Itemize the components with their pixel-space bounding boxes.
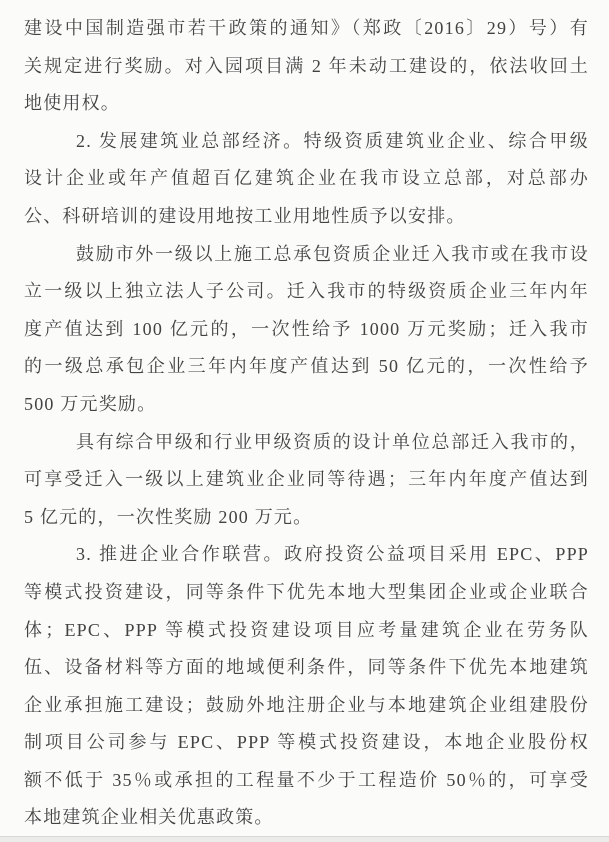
text-line: 500 万元奖励。 <box>24 386 589 424</box>
text-line: 可享受迁入一级以上建筑业企业同等待遇；三年内年度产值达到 <box>24 461 589 499</box>
text-line: 公、科研培训的建设用地按工业用地性质予以安排。 <box>24 198 589 236</box>
text-line: 关规定进行奖励。对入园项目满 2 年未动工建设的，依法收回土 <box>24 48 589 86</box>
text-line: 具有综合甲级和行业甲级资质的设计单位总部迁入我市的， <box>24 424 589 462</box>
text-line: 伍、设备材料等方面的地域便利条件，同等条件下优先本地建筑 <box>24 649 589 687</box>
text-line: 的一级总承包企业三年内年度产值达到 50 亿元的，一次性给予 <box>24 348 589 386</box>
text-line: 企业承担施工建设；鼓励外地注册企业与本地建筑企业组建股份 <box>24 687 589 725</box>
text-line: 设计企业或年产值超百亿建筑企业在我市设立总部，对总部办 <box>24 160 589 198</box>
text-line: 度产值达到 100 亿元的，一次性给予 1000 万元奖励；迁入我市 <box>24 311 589 349</box>
text-line: 2. 发展建筑业总部经济。特级资质建筑业企业、综合甲级 <box>24 123 589 161</box>
text-line: 建设中国制造强市若干政策的通知》（郑政〔2016〕29）号）有 <box>24 10 589 48</box>
document-text: 建设中国制造强市若干政策的通知》（郑政〔2016〕29）号）有关规定进行奖励。对… <box>24 10 589 837</box>
text-line: 体；EPC、PPP 等模式投资建设项目应考量建筑企业在劳务队 <box>24 612 589 650</box>
text-line: 额不低于 35％或承担的工程量不少于工程造价 50％的，可享受 <box>24 762 589 800</box>
text-line: 立一级以上独立法人子公司。迁入我市的特级资质企业三年内年 <box>24 273 589 311</box>
text-line: 地使用权。 <box>24 85 589 123</box>
text-line: 本地建筑企业相关优惠政策。 <box>24 799 589 837</box>
text-line: 鼓励市外一级以上施工总承包资质企业迁入我市或在我市设 <box>24 236 589 274</box>
text-line: 制项目公司参与 EPC、PPP 等模式投资建设，本地企业股份权 <box>24 724 589 762</box>
page-bottom-edge <box>0 836 609 842</box>
text-line: 5 亿元的，一次性奖励 200 万元。 <box>24 499 589 537</box>
text-line: 等模式投资建设，同等条件下优先本地大型集团企业或企业联合 <box>24 574 589 612</box>
text-line: 3. 推进企业合作联营。政府投资公益项目采用 EPC、PPP <box>24 536 589 574</box>
scanned-document-page: 建设中国制造强市若干政策的通知》（郑政〔2016〕29）号）有关规定进行奖励。对… <box>0 0 609 842</box>
